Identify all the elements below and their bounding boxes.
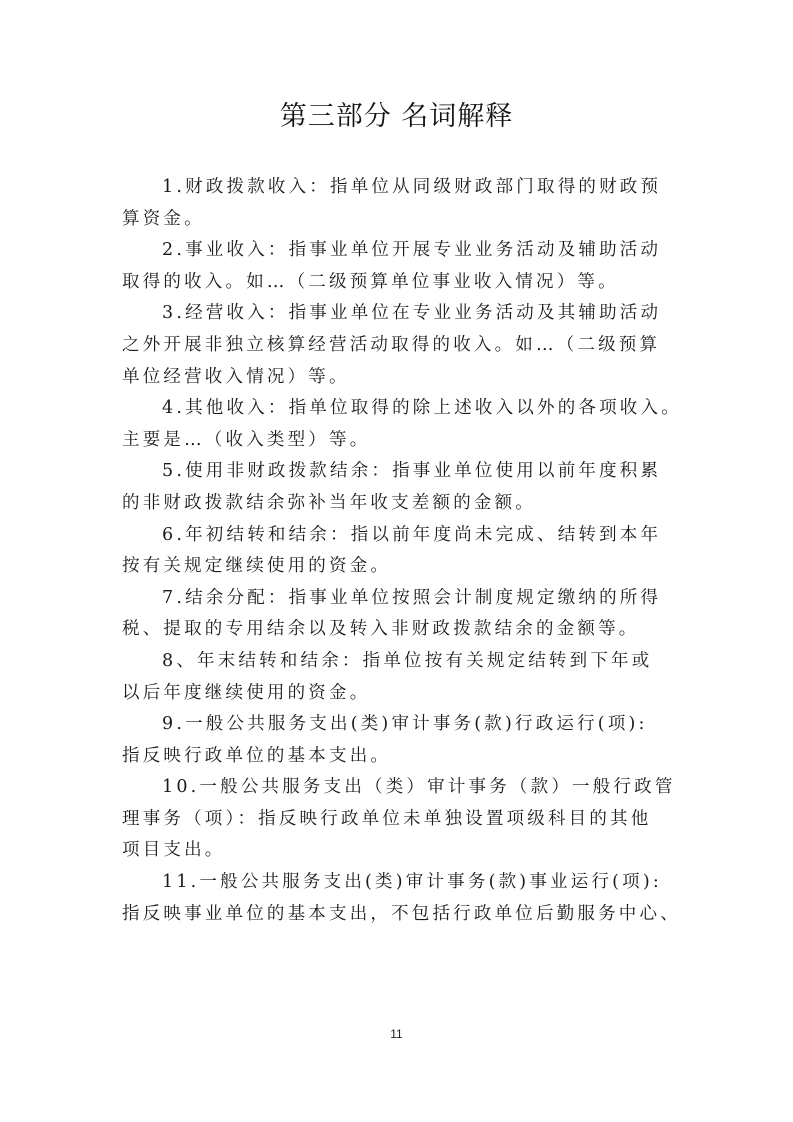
definition-8-line-2: 以后年度继续使用的资金。 [122,678,678,708]
definition-5-line-1: 5.使用非财政拨款结余：指事业单位使用以前年度积累 [122,456,678,486]
definitions-body: 1.财政拨款收入：指单位从同级财政部门取得的财政预 算资金。 2.事业收入：指事… [122,172,678,930]
definition-3-line-1: 3.经营收入：指事业单位在专业业务活动及其辅助活动 [122,298,678,328]
definition-1-line-1: 1.财政拨款收入：指单位从同级财政部门取得的财政预 [122,172,678,202]
definition-3-line-3: 单位经营收入情况）等。 [122,362,678,392]
definition-9-line-1: 9.一般公共服务支出(类)审计事务(款)行政运行(项): [122,709,678,739]
definition-10-line-1: 10.一般公共服务支出（类）审计事务（款）一般行政管 [122,772,678,802]
definition-8-line-1: 8、年末结转和结余：指单位按有关规定结转到下年或 [122,646,678,676]
definition-11-line-1: 11.一般公共服务支出(类)审计事务(款)事业运行(项): [122,867,678,897]
definition-6-line-2: 按有关规定继续使用的资金。 [122,551,678,581]
definition-4-line-2: 主要是…（收入类型）等。 [122,425,678,455]
definition-10-line-3: 项目支出。 [122,835,678,865]
definition-6-line-1: 6.年初结转和结余：指以前年度尚未完成、结转到本年 [122,520,678,550]
page-number: 11 [0,1027,793,1041]
definition-11-line-2: 指反映事业单位的基本支出，不包括行政单位后勤服务中心、 [122,899,678,929]
definition-7-line-2: 税、提取的专用结余以及转入非财政拨款结余的金额等。 [122,614,678,644]
definition-3-line-2: 之外开展非独立核算经营活动取得的收入。如…（二级预算 [122,330,678,360]
definition-7-line-1: 7.结余分配：指事业单位按照会计制度规定缴纳的所得 [122,583,678,613]
definition-10-line-2: 理事务（项）：指反映行政单位未单独设置项级科目的其他 [122,804,678,834]
definition-9-line-2: 指反映行政单位的基本支出。 [122,741,678,771]
definition-5-line-2: 的非财政拨款结余弥补当年收支差额的金额。 [122,488,678,518]
definition-1-line-2: 算资金。 [122,204,678,234]
definition-4-line-1: 4.其他收入：指单位取得的除上述收入以外的各项收入。 [122,393,678,423]
definition-2-line-1: 2.事业收入：指事业单位开展专业业务活动及辅助活动 [122,235,678,265]
page-title: 第三部分 名词解释 [0,94,793,133]
definition-2-line-2: 取得的收入。如…（二级预算单位事业收入情况）等。 [122,267,678,297]
